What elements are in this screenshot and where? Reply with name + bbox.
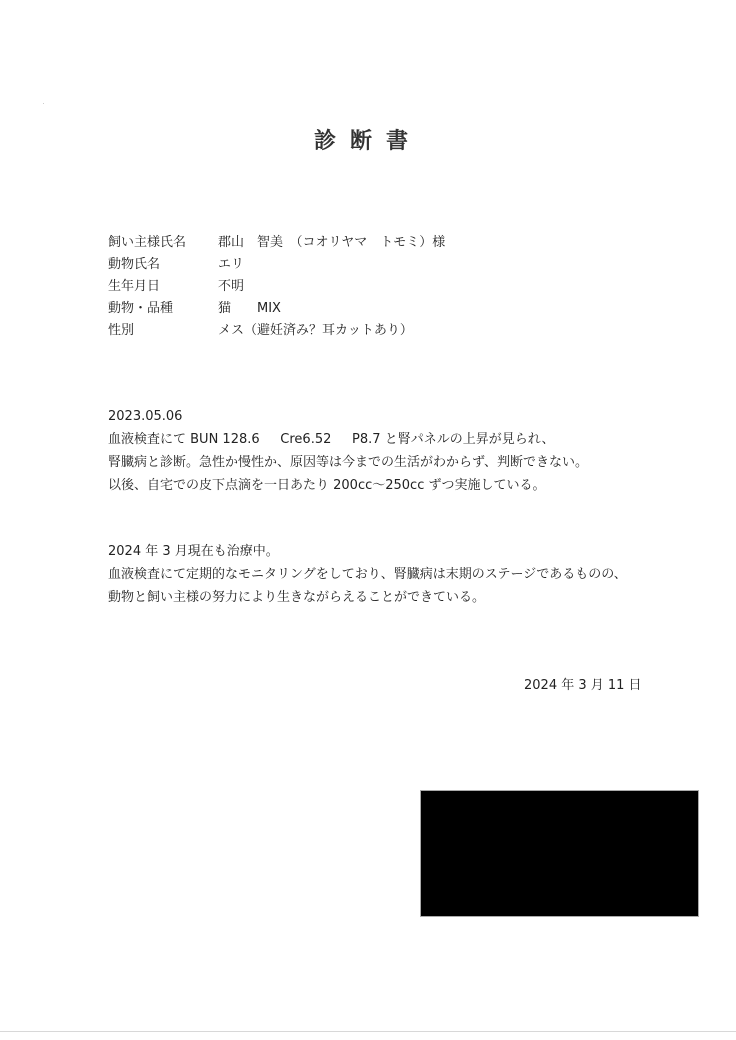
diagnosis-date: 2023.05.06 — [108, 405, 588, 428]
info-label: 動物・品種 — [108, 298, 218, 320]
sex-row: 性別 メス（避妊済み？耳カットあり） — [108, 320, 445, 342]
owner-info-table: 飼い主様氏名 郡山 智美 （コオリヤマ トモミ）様 動物氏名 エリ 生年月日 不… — [108, 232, 445, 342]
current-status-section: 2024 年 3 月現在も治療中。 血液検査にて定期的なモニタリングをしており、… — [108, 540, 627, 609]
info-value: 猫 MIX — [218, 298, 281, 320]
info-label: 生年月日 — [108, 276, 218, 298]
info-label: 性別 — [108, 320, 218, 342]
status-text-line: 動物と飼い主様の努力により生きながらえることができている。 — [108, 586, 627, 609]
info-label: 飼い主様氏名 — [108, 232, 218, 254]
owner-name-row: 飼い主様氏名 郡山 智美 （コオリヤマ トモミ）様 — [108, 232, 445, 254]
diagnosis-text-line: 血液検査にて BUN 128.6 Cre6.52 P8.7 と腎パネルの上昇が見… — [108, 428, 588, 451]
scan-edge-line — [0, 1031, 736, 1032]
diagnosis-section: 2023.05.06 血液検査にて BUN 128.6 Cre6.52 P8.7… — [108, 405, 588, 497]
scan-speck — [43, 103, 44, 104]
animal-name-row: 動物氏名 エリ — [108, 254, 445, 276]
info-value: エリ — [218, 254, 244, 276]
info-value: 不明 — [218, 276, 244, 298]
info-value: メス（避妊済み？耳カットあり） — [218, 320, 413, 342]
info-value: 郡山 智美 （コオリヤマ トモミ）様 — [218, 232, 445, 254]
issue-date: 2024 年 3 月 11 日 — [524, 674, 642, 693]
status-text-line: 血液検査にて定期的なモニタリングをしており、腎臓病は末期のステージであるものの、 — [108, 563, 627, 586]
redacted-signature-block — [420, 790, 699, 917]
info-label: 動物氏名 — [108, 254, 218, 276]
diagnosis-text-line: 以後、自宅での皮下点滴を一日あたり 200cc～250cc ずつ実施している。 — [108, 474, 588, 497]
document-title: 診断書 — [0, 124, 736, 155]
birthdate-row: 生年月日 不明 — [108, 276, 445, 298]
status-heading: 2024 年 3 月現在も治療中。 — [108, 540, 627, 563]
diagnosis-text-line: 腎臓病と診断。急性か慢性か、原因等は今までの生活がわからず、判断できない。 — [108, 451, 588, 474]
species-breed-row: 動物・品種 猫 MIX — [108, 298, 445, 320]
